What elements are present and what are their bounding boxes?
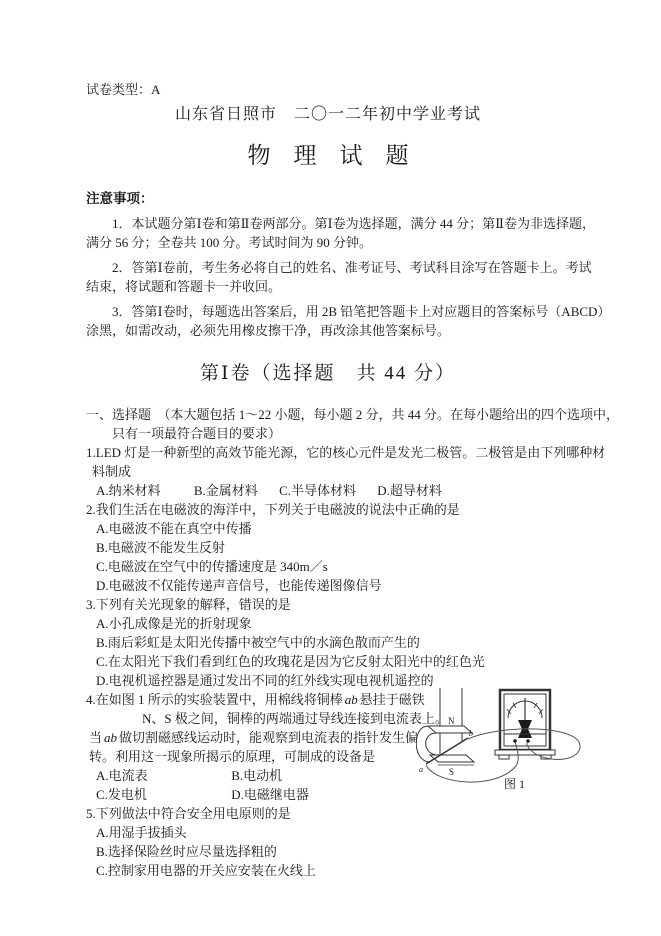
question-5: 5.下列做法中符合安全用电原则的是 A.用湿手拔插头 B.选择保险丝时应尽量选择… [86,804,661,880]
rod-ab-italic: ab [102,730,119,745]
page-title: 物 理 试 题 [86,141,570,171]
horseshoe-magnet-icon [416,688,474,765]
notice-line: 结束，将试题和答题卡一并收回。 [86,277,661,296]
galvanometer-icon [495,690,555,759]
magnet-inner-bend [426,733,438,755]
q3-option-b: B.雨后彩虹是太阳光传播中被空气中的水滴色散而产生的 [86,633,661,652]
notice-line: 涂黑，如需改动，必须先用橡皮擦干净，再改涂其他答案标号。 [86,321,661,340]
q5-option-c: C.控制家用电器的开关应安装在火线上 [86,861,661,880]
q4-option-c: C.发电机 [96,785,228,804]
q2-option-d: D.电磁波不仅能传递声音信号，也能传递图像信号 [86,576,661,595]
q5-option-a: A.用湿手拔插头 [86,823,661,842]
q4-option-a: A.电流表 [96,766,228,785]
question-2: 2.我们生活在电磁波的海洋中，下列关于电磁波的说法中正确的是 A.电磁波不能在真… [86,500,661,595]
question-3: 3.下列有关光现象的解释，错误的是 A.小孔成像是光的折射现象 B.雨后彩虹是太… [86,595,661,690]
stem-text: 当 [89,730,102,745]
notice-item-1: 1．本试题分第Ⅰ卷和第Ⅱ卷两部分。第Ⅰ卷为选择题，满分 44 分；第Ⅱ卷为非选择… [86,214,661,252]
paper-type-label: 试卷类型：A [86,80,661,99]
question-stem: 1.LED 灯是一种新型的高效节能光源，它的核心元件是发光二极管。二极管是由下列… [86,443,661,462]
q1-option-b: B.金属材料 [194,481,258,500]
rod-end-b-label: b [469,729,473,738]
magnet-pole-n-bar [428,726,472,733]
rod-end-a-label: a [419,765,423,774]
q2-option-c: C.电磁波在空气中的传播速度是 340m／s [86,557,661,576]
notice-line: 3．答第Ⅰ卷时，每题选出答案后，用 2B 铅笔把答题卡上对应题目的答案标号（AB… [86,302,661,321]
question-options-row: A.纳米材料 B.金属材料 C.半导体材料 D.超导材料 [86,481,661,500]
stem-text: 4.在如图 1 所示的实验装置中，用棉线将铜棒 [86,692,343,707]
question-stem: 2.我们生活在电磁波的海洋中，下列关于电磁波的说法中正确的是 [86,500,661,519]
q2-option-b: B.电磁波不能发生反射 [86,538,661,557]
notice-line: 2．答第Ⅰ卷前，考生务必将自己的姓名、准考证号、考试科目涂写在答题卡上。考试 [86,258,661,277]
question-stem: 3.下列有关光现象的解释，错误的是 [86,595,661,614]
rod-ab-italic: ab [343,692,360,707]
notice-item-3: 3．答第Ⅰ卷时，每题选出答案后，用 2B 铅笔把答题卡上对应题目的答案标号（AB… [86,302,661,340]
magnet-outer-bend [416,726,430,762]
section-intro-line: 只有一项最符合题目的要求） [86,424,661,443]
q5-option-b: B.选择保险丝时应尽量选择粗的 [86,842,661,861]
question-1: 1.LED 灯是一种新型的高效节能光源，它的核心元件是发光二极管。二极管是由下列… [86,443,661,500]
notices-heading: 注意事项： [86,189,661,208]
exam-paper-page: 试卷类型：A 山东省日照市 二〇一二年初中学业考试 物 理 试 题 注意事项： … [0,0,661,936]
figure-caption: 图 1 [504,777,525,791]
section-intro-line: 一、选择题 （本大题包括 1～22 小题，每小题 2 分，共 44 分。在每小题… [86,405,661,424]
section-intro: 一、选择题 （本大题包括 1～22 小题，每小题 2 分，共 44 分。在每小题… [86,405,661,443]
question-stem: 5.下列做法中符合安全用电原则的是 [86,804,661,823]
meter-foot-left [499,755,509,759]
q1-option-d: D.超导材料 [377,481,442,500]
question-4: 4.在如图 1 所示的实验装置中，用棉线将铜棒ab悬挂于磁铁 N、S 极之间，铜… [86,690,661,804]
figure-1-illustration: N S a b 图 1 [416,684,602,800]
magnet-pole-s-bar [430,755,474,762]
q1-option-c: C.半导体材料 [279,481,356,500]
question-stem: 料制成 [86,462,661,481]
meter-base [495,750,555,755]
q1-option-a: A.纳米材料 [96,481,161,500]
notice-line: 1．本试题分第Ⅰ卷和第Ⅱ卷两部分。第Ⅰ卷为选择题，满分 44 分；第Ⅱ卷为非选择… [86,214,661,233]
exam-name-heading: 山东省日照市 二〇一二年初中学业考试 [86,104,570,126]
magnet-pole-n-label: N [448,716,455,726]
q2-option-a: A.电磁波不能在真空中传播 [86,519,661,538]
magnet-pole-s-label: S [449,767,454,777]
q4-option-b: B.电动机 [231,768,282,783]
notice-item-2: 2．答第Ⅰ卷前，考生务必将自己的姓名、准考证号、考试科目涂写在答题卡上。考试 结… [86,258,661,296]
q3-option-c: C.在太阳光下我们看到红色的玫瑰花是因为它反射太阳光中的红色光 [86,652,661,671]
section-heading: 第Ⅰ卷（选择题 共 44 分） [86,361,570,387]
q4-option-d: D.电磁继电器 [231,787,309,802]
stem-text: 做切割磁感线运动时，能观察到电流表的指针发生偏 [119,730,418,745]
notice-line: 满分 56 分；全卷共 100 分。考试时间为 90 分钟。 [86,233,661,252]
q3-option-a: A.小孔成像是光的折射现象 [86,614,661,633]
